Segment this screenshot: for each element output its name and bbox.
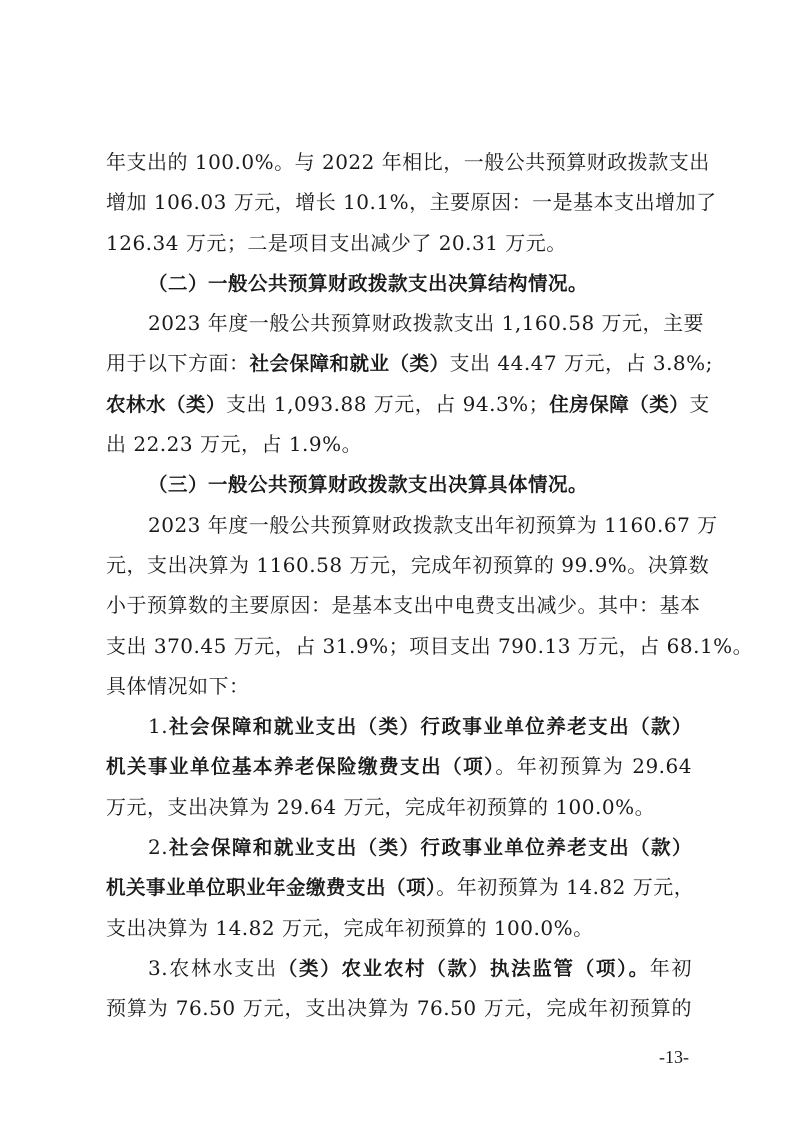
heading-text: （三）一般公共预算财政拨款支出决算具体情况。 — [148, 473, 588, 496]
bold-term: 社会保障和就业支出（类）行政事业单位养老支出（款） — [168, 836, 692, 859]
list-item-1: 1.社会保障和就业支出（类）行政事业单位养老支出（款） — [106, 706, 692, 746]
page-number: -13- — [659, 1047, 689, 1068]
text: 支出决算为 14.82 万元，完成年初预算的 100.0%。 — [106, 916, 594, 940]
text-line: 小于预算数的主要原因：是基本支出中电费支出减少。其中：基本 — [106, 585, 692, 625]
item-number: 1. — [148, 714, 168, 738]
document-page: 年支出的 100.0%。与 2022 年相比，一般公共预算财政拨款支出 增加 1… — [106, 142, 692, 1029]
text: 126.34 万元；二是项目支出减少了 20.31 万元。 — [106, 231, 567, 255]
text-line: 126.34 万元；二是项目支出减少了 20.31 万元。 — [106, 223, 692, 263]
bold-term: 社会保障和就业（类） — [250, 352, 450, 375]
text: 3.农林水支出 — [148, 956, 278, 980]
text: 支出 1,093.88 万元，占 94.3%； — [226, 392, 549, 416]
text: 。年初预算为 29.64 — [495, 754, 692, 778]
text-line: 万元，支出决算为 29.64 万元，完成年初预算的 100.0%。 — [106, 787, 692, 827]
bold-term: （类）农业农村（款）执法监管（项）。 — [278, 957, 650, 980]
text-line: 支出 370.45 万元，占 31.9%；项目支出 790.13 万元，占 68… — [106, 626, 692, 666]
text: 增加 106.03 万元，增长 10.1%，主要原因：一是基本支出增加了 — [106, 190, 717, 214]
text: 用于以下方面： — [106, 351, 250, 375]
text: 出 22.23 万元，占 1.9%。 — [106, 432, 362, 456]
text-line: 预算为 76.50 万元，支出决算为 76.50 万元，完成年初预算的 — [106, 988, 692, 1028]
text: 预算为 76.50 万元，支出决算为 76.50 万元，完成年初预算的 — [106, 996, 692, 1020]
heading-text: （二）一般公共预算财政拨款支出决算结构情况。 — [148, 272, 588, 295]
text: 年支出的 100.0%。与 2022 年相比，一般公共预算财政拨款支出 — [106, 150, 710, 174]
item-number: 2. — [148, 835, 168, 859]
text-line: 用于以下方面：社会保障和就业（类）支出 44.47 万元，占 3.8%; — [106, 343, 692, 383]
text: 具体情况如下： — [106, 674, 250, 698]
text-line: 年支出的 100.0%。与 2022 年相比，一般公共预算财政拨款支出 — [106, 142, 692, 182]
text: 支出 370.45 万元，占 31.9%；项目支出 790.13 万元，占 68… — [106, 634, 753, 658]
bold-term: 住房保障（类） — [549, 393, 689, 416]
text: 支 — [689, 392, 710, 416]
bold-term: 机关事业单位职业年金缴费支出（项） — [106, 876, 436, 899]
text-line: 机关事业单位职业年金缴费支出（项）。年初预算为 14.82 万元， — [106, 867, 692, 907]
list-item-3: 3.农林水支出（类）农业农村（款）执法监管（项）。年初 — [106, 948, 692, 988]
text: 支出 44.47 万元，占 3.8%; — [450, 351, 713, 375]
text-line: 机关事业单位基本养老保险缴费支出（项）。年初预算为 29.64 — [106, 746, 692, 786]
paragraph-line: 2023 年度一般公共预算财政拨款支出年初预算为 1160.67 万 — [106, 505, 692, 545]
section-heading-3: （三）一般公共预算财政拨款支出决算具体情况。 — [106, 464, 692, 504]
text: 元，支出决算为 1160.58 万元，完成年初预算的 99.9%。决算数 — [106, 553, 709, 577]
text-line: 具体情况如下： — [106, 666, 692, 706]
text: 2023 年度一般公共预算财政拨款支出 1,160.58 万元，主要 — [148, 311, 704, 335]
bold-term: 社会保障和就业支出（类）行政事业单位养老支出（款） — [168, 715, 692, 738]
text: 年初 — [650, 956, 692, 980]
text: 。年初预算为 14.82 万元， — [436, 875, 694, 899]
text-line: 农林水（类）支出 1,093.88 万元，占 94.3%；住房保障（类）支 — [106, 384, 692, 424]
text-line: 元，支出决算为 1160.58 万元，完成年初预算的 99.9%。决算数 — [106, 545, 692, 585]
paragraph-line: 2023 年度一般公共预算财政拨款支出 1,160.58 万元，主要 — [106, 303, 692, 343]
text-line: 增加 106.03 万元，增长 10.1%，主要原因：一是基本支出增加了 — [106, 182, 692, 222]
section-heading-2: （二）一般公共预算财政拨款支出决算结构情况。 — [106, 263, 692, 303]
text: 万元，支出决算为 29.64 万元，完成年初预算的 100.0%。 — [106, 795, 655, 819]
text-line: 支出决算为 14.82 万元，完成年初预算的 100.0%。 — [106, 908, 692, 948]
text-line: 出 22.23 万元，占 1.9%。 — [106, 424, 692, 464]
text: 2023 年度一般公共预算财政拨款支出年初预算为 1160.67 万 — [148, 513, 718, 537]
list-item-2: 2.社会保障和就业支出（类）行政事业单位养老支出（款） — [106, 827, 692, 867]
bold-term: 机关事业单位基本养老保险缴费支出（项） — [106, 755, 495, 778]
text: 小于预算数的主要原因：是基本支出中电费支出减少。其中：基本 — [106, 593, 701, 617]
bold-term: 农林水（类） — [106, 393, 226, 416]
